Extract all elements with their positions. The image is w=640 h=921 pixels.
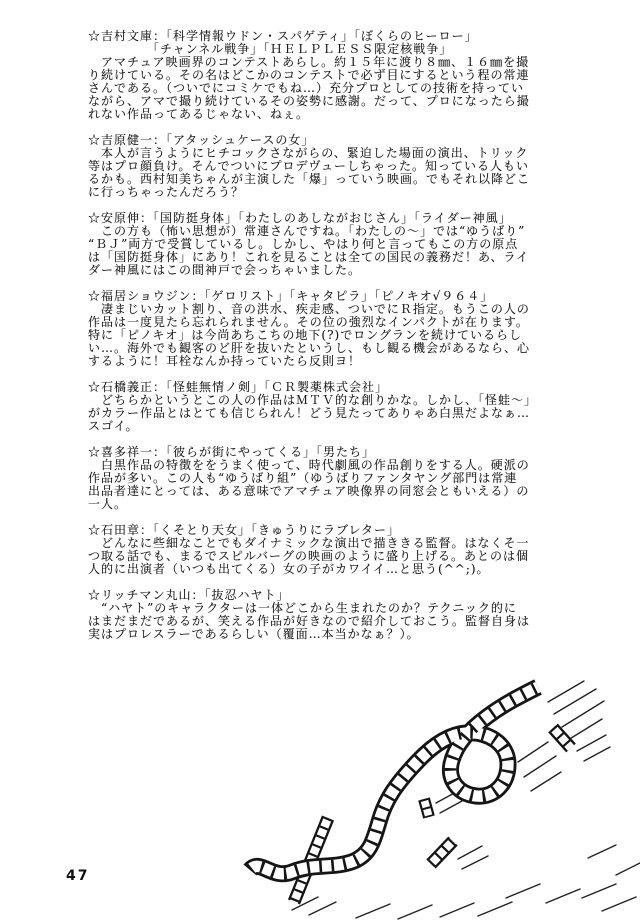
scanned-page: ☆吉村文庫：「科学情報ウドン・スパゲティ」「ぼくらのヒーロー」 「チャンネル戦争… bbox=[0, 0, 640, 921]
review-text-block: ☆吉村文庫：「科学情報ウドン・スパゲティ」「ぼくらのヒーロー」 「チャンネル戦争… bbox=[88, 30, 588, 654]
entry-body: 本人が言うようにヒチコックさながらの、緊迫した場面の演出、トリック 等はプロ顔負… bbox=[88, 147, 588, 199]
entry-yoshihara-kenichi: ☆吉原健一：「アタッシュケースの女」 本人が言うようにヒチコックさながらの、緊迫… bbox=[88, 134, 588, 199]
entry-body: アマチュア映画界のコンテストあらし。約１５年に渡り８㎜、１６㎜を撮 り続けている… bbox=[88, 56, 588, 121]
entry-body: 白黒作品の特徴ををうまく使って、時代劇風の作品創りをする人。硬派の 作品が多い。… bbox=[88, 459, 588, 511]
entry-body: この方も（怖い思想が）常連さんですね。「わたしの〜」では“ゆうばり” “ＢＪ”両… bbox=[88, 225, 588, 277]
entry-yasuhara-shin: ☆安原伸：「国防挺身体」「わたしのあしながおじさん」「ライダー神風」 この方も（… bbox=[88, 212, 588, 277]
entry-body: “ハヤト”のキャラクターは一体どこから生まれたのか？テクニック的に はまだまだで… bbox=[88, 602, 588, 641]
entry-header: ☆吉村文庫：「科学情報ウドン・スパゲティ」「ぼくらのヒーロー」 「チャンネル戦争… bbox=[88, 30, 588, 56]
entry-richman-maruyama: ☆リッチマン丸山：「抜忍ハヤト」 “ハヤト”のキャラクターは一体どこから生まれた… bbox=[88, 589, 588, 641]
entry-fukui-shojin: ☆福居ショウジン：「ゲロリスト」「キャタピラ」「ピノキオ√９６４」 凄まじいカッ… bbox=[88, 290, 588, 368]
film-fragment-small-1 bbox=[553, 728, 571, 748]
film-strip-main bbox=[250, 687, 538, 874]
entry-kita-shoichi: ☆喜多祥一：「彼らが街にやってくる」「男たち」 白黒作品の特徴ををうまく使って、… bbox=[88, 446, 588, 511]
entry-yoshimura-bunko: ☆吉村文庫：「科学情報ウドン・スパゲティ」「ぼくらのヒーロー」 「チャンネル戦争… bbox=[88, 30, 588, 121]
entry-body: 凄まじいカット割り、音の洪水、疾走感、ついでにＲ指定。もうこの人の 作品は一度見… bbox=[88, 303, 588, 368]
page-number: 47 bbox=[66, 868, 89, 884]
entry-body: どんなに些細なことでもダイナミックな演出で描ききる監督。はなくそ一 つ取る話でも… bbox=[88, 537, 588, 576]
film-fragment-small-3 bbox=[431, 841, 453, 864]
entry-ishida-akira: ☆石田章：「くそとり天女」「きゅうりにラブレター」 どんなに些細なことでもダイナ… bbox=[88, 524, 588, 576]
entry-body: どちらかというとこの人の作品はＭＴＶ的な創りかな。しかし、「怪蛙〜」 がカラー作… bbox=[88, 394, 588, 433]
film-strip-illustration bbox=[240, 660, 640, 921]
entry-ishibashi-yoshimasa: ☆石橋義正：「怪蛙無情ノ剣」「ＣＲ製薬株式会社」 どちらかというとこの人の作品は… bbox=[88, 381, 588, 433]
film-fragment-small-2 bbox=[424, 799, 429, 817]
